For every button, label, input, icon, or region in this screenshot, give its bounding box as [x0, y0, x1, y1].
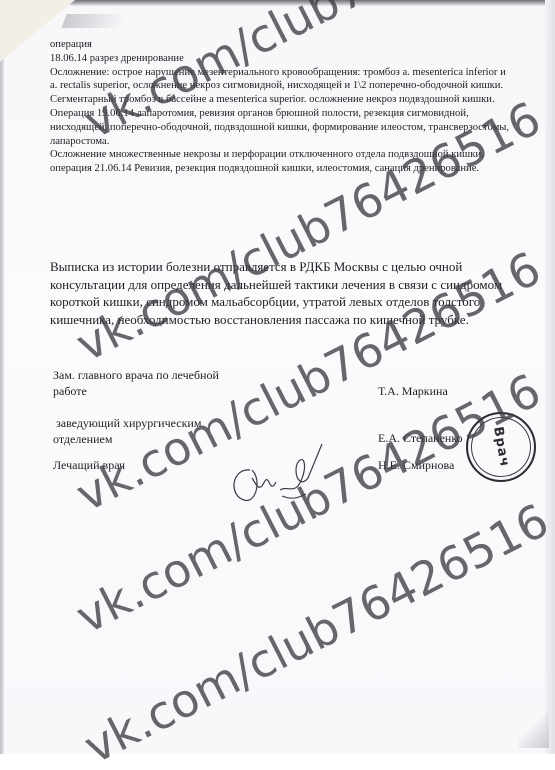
history-line: Осложнение: острое нарушение мезентериал… — [50, 66, 510, 94]
scan-bottom-corner-shadow — [519, 708, 549, 748]
handwritten-signature — [222, 440, 332, 510]
history-line: 18.06.14 разрез дренирование — [50, 52, 510, 66]
folded-corner-shadow — [61, 14, 126, 28]
medical-history-section: операция 18.06.14 разрез дренирование Ос… — [50, 38, 510, 176]
role-line: отделением — [53, 431, 201, 447]
referral-paragraph-section: Выписка из истории болезни отправляется … — [50, 258, 510, 328]
scan-left-edge — [0, 0, 4, 770]
role-line: заведующий хирургическим — [53, 415, 201, 431]
role-line: Зам. главного врача по лечебной — [53, 367, 219, 383]
signature-name-markina: Т.А. Маркина — [378, 383, 448, 399]
scan-bottom-margin — [0, 754, 555, 770]
signature-role-attending: Лечащий врач — [53, 457, 125, 473]
role-line: Лечащий врач — [53, 457, 125, 473]
role-line: работе — [53, 383, 219, 399]
history-line: Операция 19.06.14 лапаротомия, ревизия о… — [50, 107, 510, 148]
watermark-text: vk.com/club76426516 — [75, 493, 555, 770]
history-line: Сегментарный тромбоз в бассейне а mesent… — [50, 93, 510, 107]
doctor-stamp: Врач — [466, 412, 536, 482]
scanned-document-page: операция 18.06.14 разрез дренирование Ос… — [0, 0, 555, 770]
history-line: операция 21.06.14 Ревизия, резекция подв… — [50, 162, 510, 176]
history-line: Осложнение множественные некрозы и перфо… — [50, 148, 510, 162]
referral-paragraph: Выписка из истории болезни отправляется … — [50, 258, 510, 328]
scan-top-edge — [70, 0, 555, 6]
history-line: операция — [50, 38, 510, 52]
stamp-center-text: Врач — [490, 426, 512, 469]
signature-role-surgery-head: заведующий хирургическим отделением — [53, 415, 201, 447]
signature-role-deputy-chief: Зам. главного врача по лечебной работе — [53, 367, 219, 399]
scan-right-edge — [545, 0, 555, 770]
signature-name-stepanenko: Е.А. Степаненко — [378, 430, 463, 446]
signature-name-smirnova: Н.Е. Смирнова — [378, 457, 454, 473]
